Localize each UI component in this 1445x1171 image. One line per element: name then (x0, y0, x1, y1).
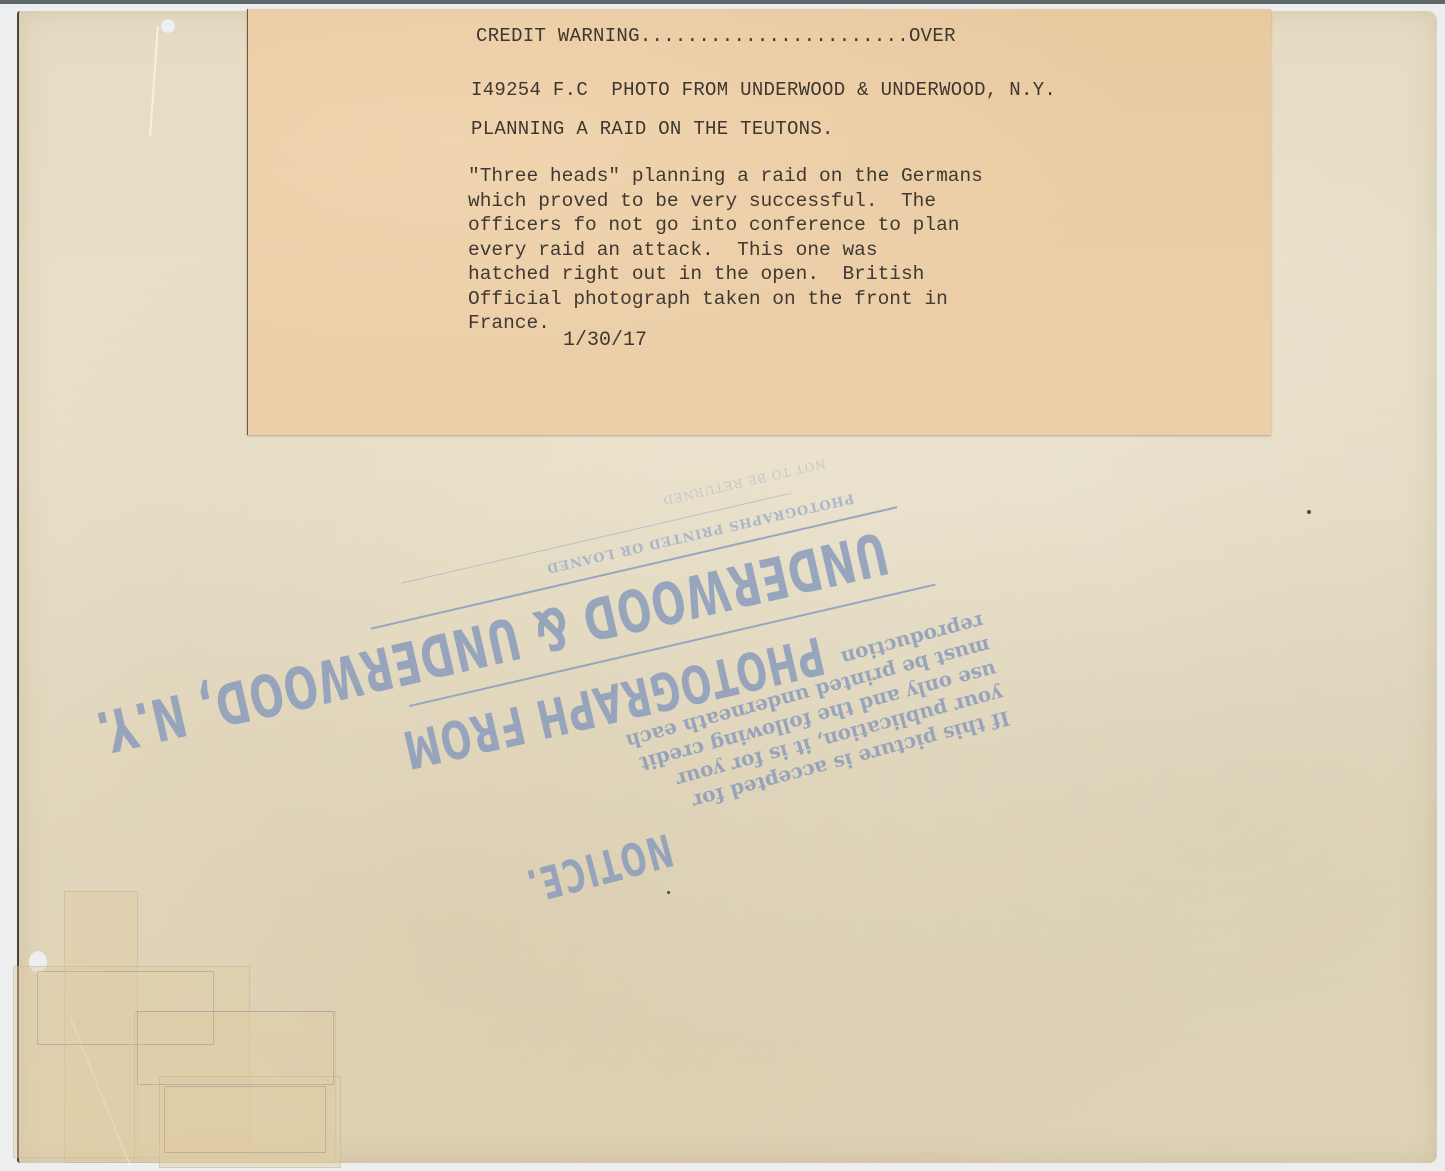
pencil-outline (164, 1086, 326, 1153)
caption-title: PLANNING A RAID ON THE TEUTONS. (471, 118, 834, 140)
pencil-outline (137, 1011, 334, 1085)
stamp-faint-print: NOT TO BE RETURNED (661, 456, 827, 507)
scan-background: CREDIT WARNING.......................OVE… (0, 0, 1445, 1171)
photo-id-line: I49254 F.C PHOTO FROM UNDERWOOD & UNDERW… (471, 79, 1056, 101)
paper-crease (149, 26, 159, 136)
caption-slip: CREDIT WARNING.......................OVE… (247, 9, 1271, 435)
caption-date: 1/30/17 (563, 329, 647, 352)
credit-warning-line: CREDIT WARNING.......................OVE… (476, 25, 956, 47)
caption-body: "Three heads" planning a raid on the Ger… (468, 164, 1118, 336)
torn-notch-top (161, 19, 175, 33)
scanner-edge (0, 0, 1445, 4)
ink-speck (1307, 510, 1311, 514)
